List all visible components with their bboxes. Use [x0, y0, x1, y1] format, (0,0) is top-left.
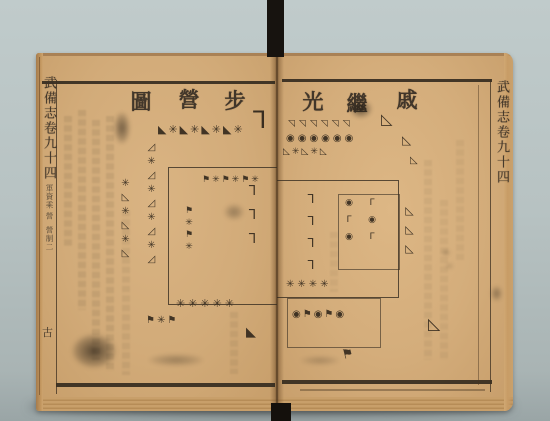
book-photo: 武備志卷九十四 軍資乘 營 營制二 古 圖 營 步 ◣✳◣✳◣✳◣✳ Γ ◿✳◿…: [0, 0, 550, 421]
left-spine-title: 武備志卷九十四: [39, 76, 58, 181]
right-page-bottom-thin-line: [300, 389, 485, 391]
bleedthrough-column: [92, 120, 100, 360]
right-outer-pennant-column: ◺◺◺: [404, 204, 415, 261]
left-title-char-tu: 圖: [128, 86, 154, 116]
left-bottom-tuft-row: ✳✳✳✳✳: [176, 298, 237, 309]
left-top-symbol-row: ◣✳◣✳◣✳◣✳: [158, 124, 245, 135]
right-bottom-symbol-row: ◉⚑◉⚑◉: [292, 310, 346, 320]
left-spine-mark-3: 營制二: [44, 226, 55, 252]
ink-smudge: [446, 264, 453, 268]
right-pennant-icon-large: ◺: [381, 112, 393, 127]
right-top-flag-row: ◹◹◹◹◹◹: [288, 120, 354, 129]
left-command-flag-column: ΓΓΓ: [246, 184, 259, 256]
binding-ribbon-bottom: [271, 403, 291, 421]
right-hook-flag-column: ΓΓΓΓ: [305, 192, 317, 280]
right-page-top-border: [282, 79, 492, 82]
right-inner-margin-line: [478, 85, 479, 385]
right-bottom-symbol-box: [287, 298, 381, 348]
right-corner-pennant-icon: ◺: [428, 316, 440, 332]
right-inner-box-column-1: ◉Γ◉: [344, 198, 353, 249]
binding-ribbon-top: [267, 0, 284, 57]
bleedthrough-column: [230, 312, 238, 374]
left-spine-mark-2: 營: [44, 212, 55, 221]
left-bottom-figure-row: ⚑✳⚑: [146, 316, 178, 326]
ink-smudge: [224, 204, 244, 220]
right-inside-top-symbol-row: ◺✳◺✳◺: [283, 148, 329, 157]
ink-smudge: [114, 112, 130, 144]
left-inside-left-symbol-column: ⚑✳⚑✳: [184, 206, 193, 254]
ink-smudge: [72, 334, 116, 368]
ink-smudge: [491, 286, 502, 301]
right-page-bottom-border: [282, 380, 492, 384]
left-spine-mark-1: 軍資乘: [44, 184, 55, 210]
left-page-top-border: [42, 81, 275, 84]
left-corner-pennant-icon: ◣: [246, 326, 256, 339]
bleedthrough-column: [78, 110, 86, 310]
left-banner-hook-icon: Γ: [253, 108, 266, 132]
right-top-shield-row: ◉◉◉◉◉◉: [286, 134, 356, 144]
right-title-char-qi: 戚: [394, 84, 420, 114]
bleedthrough-column: [64, 116, 72, 246]
left-folio-number: 古: [42, 324, 53, 340]
right-inner-box-column-2: Γ◉Γ: [367, 198, 376, 249]
left-page-bottom-border: [56, 383, 275, 387]
left-outer-symbol-column-b: ✳◺✳◺✳◺: [120, 178, 130, 262]
bleedthrough-column: [456, 140, 464, 260]
left-title-char-ying: 營: [176, 84, 202, 114]
right-tuft-row: ✳✳✳✳: [286, 280, 332, 290]
right-pennant-icon-mid: ◺: [402, 134, 411, 146]
ink-smudge: [300, 356, 340, 365]
left-outer-symbol-column-a: ◿✳◿✳◿✳◿✳◿: [146, 142, 156, 268]
bleedthrough-column: [440, 200, 448, 360]
right-spine-title: 武備志卷九十四: [492, 80, 511, 185]
right-title-char-guang: 光: [300, 86, 326, 116]
ink-smudge: [442, 250, 450, 255]
left-title-char-bu: 步: [222, 85, 248, 115]
right-pennant-icon-small: ◺: [410, 156, 418, 166]
bleedthrough-column: [106, 116, 114, 371]
ink-smudge: [148, 354, 204, 366]
ink-smudge: [350, 100, 372, 118]
